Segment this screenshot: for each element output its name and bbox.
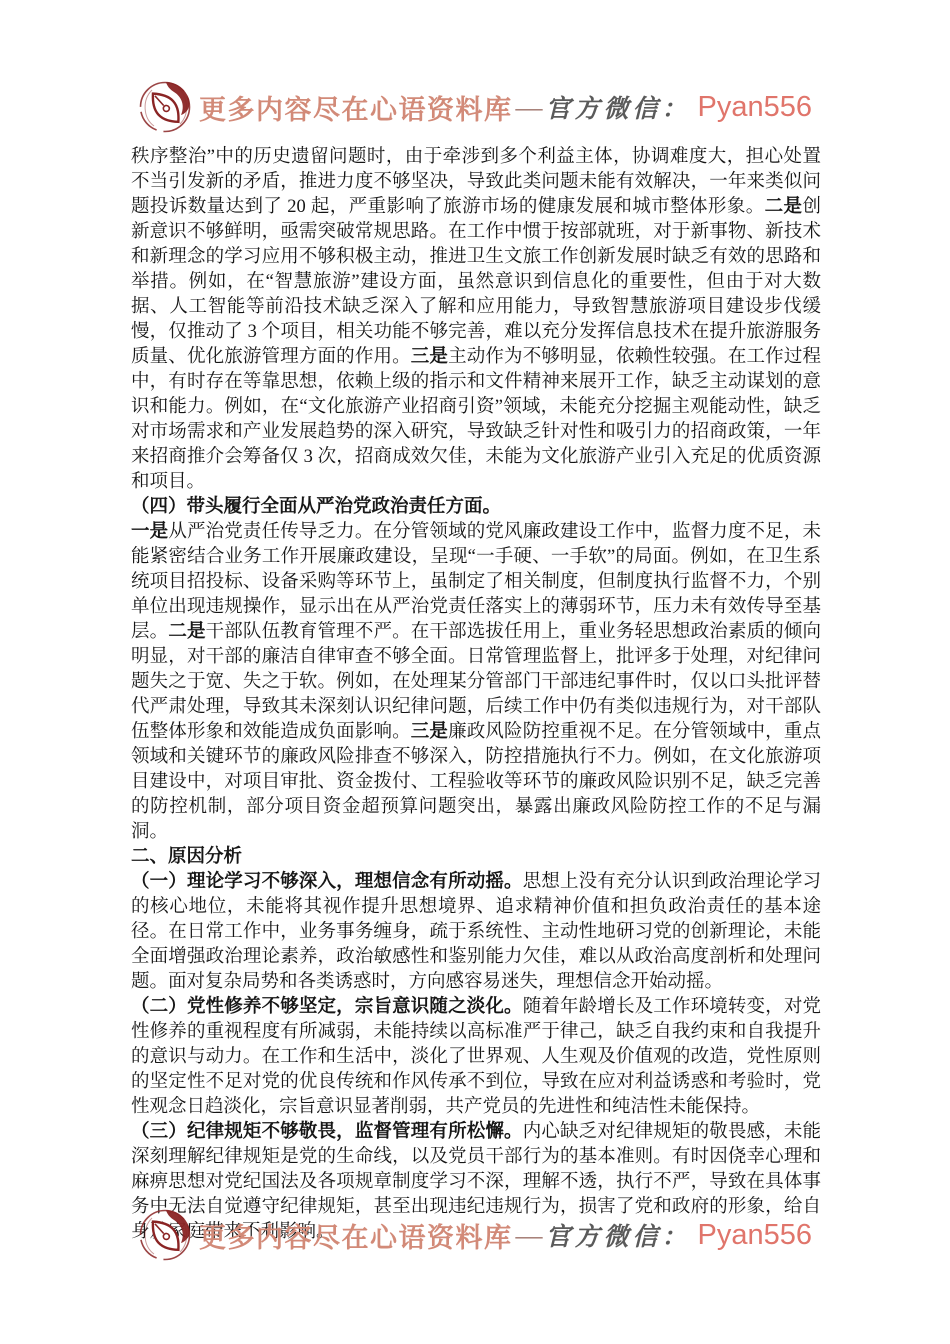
emphasis-run: 三是 — [411, 347, 448, 367]
emphasis-run: （四）带头履行全面从严治党政治责任方面。 — [131, 497, 501, 517]
document-body: 秩序整治”中的历史遗留问题时，由于牵涉到多个利益主体，协调难度大，担心处置不当引… — [131, 145, 821, 1245]
emphasis-run: （一）理论学习不够深入，理想信念有所动摇。 — [131, 872, 523, 892]
watermark-wechat-label: 官方微信： — [545, 1217, 690, 1253]
watermark-wechat-id: Pyan556 — [698, 91, 813, 124]
text-run: 主动作为不够明显，依赖性较强。在工作过程中，有时存在等靠思想，依赖上级的指示和文… — [131, 347, 821, 492]
watermark-wechat-id: Pyan556 — [698, 1219, 813, 1252]
watermark-wechat-label: 官方微信： — [545, 89, 690, 125]
watermark-separator: — — [515, 92, 542, 123]
paragraph-3: 一是从严治党责任传导乏力。在分管领域的党风廉政建设工作中，监督力度不足，未能紧密… — [131, 520, 821, 845]
paragraph-1: 秩序整治”中的历史遗留问题时，由于牵涉到多个利益主体，协调难度大，担心处置不当引… — [131, 145, 821, 495]
paragraph-5: （一）理论学习不够深入，理想信念有所动摇。思想上没有充分认识到政治理论学习的核心… — [131, 870, 821, 995]
paragraph-4: 二、原因分析 — [131, 845, 821, 870]
pen-nib-circle-icon — [138, 1208, 192, 1262]
paragraph-2: （四）带头履行全面从严治党政治责任方面。 — [131, 495, 821, 520]
watermark-brand-text: 更多内容尽在心语资料库 — [199, 88, 513, 127]
emphasis-run: （三）纪律规矩不够敬畏，监督管理有所松懈。 — [131, 1122, 523, 1142]
emphasis-run: 二是 — [765, 197, 803, 217]
paragraph-6: （二）党性修养不够坚定，宗旨意识随之淡化。随着年龄增长及工作环境转变，对党性修养… — [131, 995, 821, 1120]
watermark-brand-text: 更多内容尽在心语资料库 — [199, 1216, 513, 1255]
emphasis-run: 一是 — [131, 522, 168, 542]
text-run: 创新意识不够鲜明，亟需突破常规思路。在工作中惯于按部就班，对于新事物、新技术和新… — [131, 197, 821, 367]
emphasis-run: 三是 — [411, 722, 448, 742]
emphasis-run: 二、原因分析 — [131, 847, 242, 867]
watermark-separator: — — [515, 1220, 542, 1251]
pen-nib-circle-icon — [138, 80, 192, 134]
footer-watermark: 更多内容尽在心语资料库 — 官方微信： Pyan556 — [0, 1208, 950, 1262]
document-page: 更多内容尽在心语资料库 — 官方微信： Pyan556 秩序整治”中的历史遗留问… — [0, 0, 950, 1344]
emphasis-run: （二）党性修养不够坚定，宗旨意识随之淡化。 — [131, 997, 523, 1017]
emphasis-run: 二是 — [168, 622, 205, 642]
header-watermark: 更多内容尽在心语资料库 — 官方微信： Pyan556 — [0, 80, 950, 134]
text-run: 秩序整治”中的历史遗留问题时，由于牵涉到多个利益主体，协调难度大，担心处置不当引… — [131, 147, 821, 217]
